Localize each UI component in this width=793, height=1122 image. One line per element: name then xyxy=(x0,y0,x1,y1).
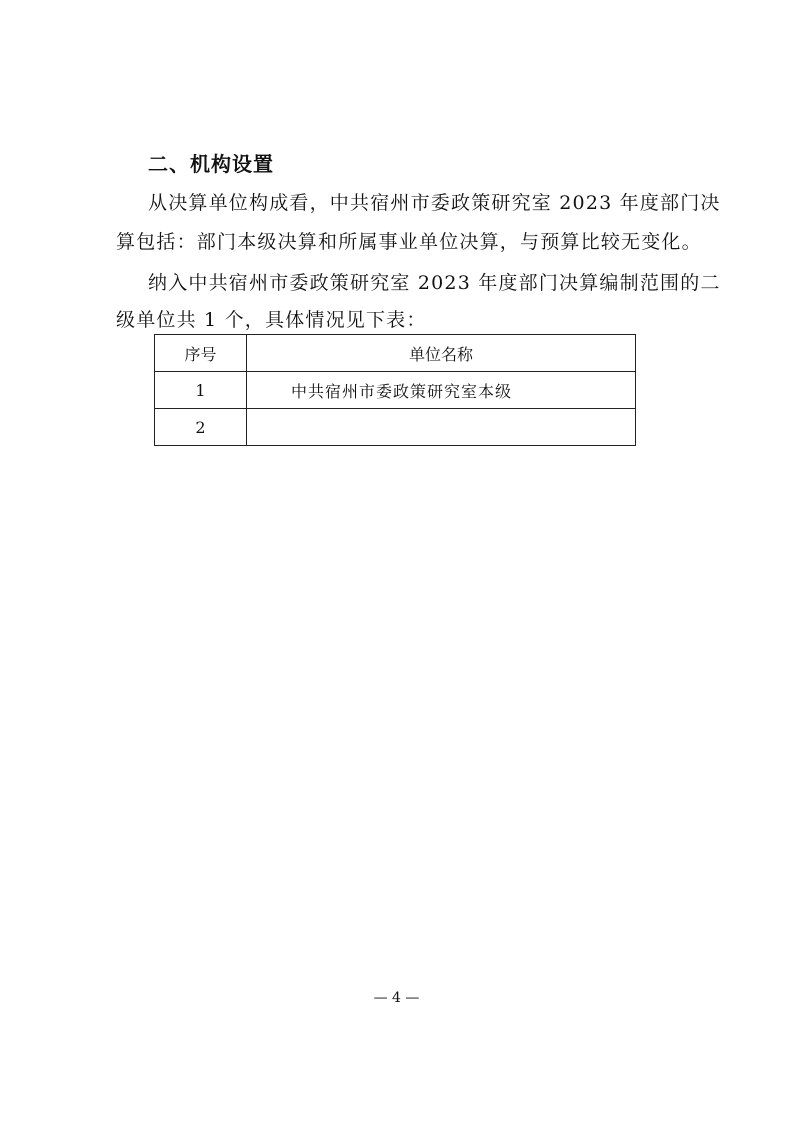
cell-unit-name xyxy=(247,409,636,446)
cell-serial-number: 1 xyxy=(155,372,247,409)
table-row: 2 xyxy=(155,409,636,446)
cell-serial-number: 2 xyxy=(155,409,247,446)
units-table: 序号 单位名称 1 中共宿州市委政策研究室本级 2 xyxy=(154,334,636,446)
header-serial-number: 序号 xyxy=(155,335,247,372)
cell-unit-name: 中共宿州市委政策研究室本级 xyxy=(247,372,636,409)
paragraph-line: 从决算单位构成看，中共宿州市委政策研究室 2023 年度部门决 xyxy=(148,188,721,215)
paragraph-line: 算包括：部门本级决算和所属事业单位决算，与预算比较无变化。 xyxy=(116,227,702,254)
table-row: 1 中共宿州市委政策研究室本级 xyxy=(155,372,636,409)
paragraph-line: 纳入中共宿州市委政策研究室 2023 年度部门决算编制范围的二 xyxy=(148,268,721,295)
header-unit-name: 单位名称 xyxy=(247,335,636,372)
table-header-row: 序号 单位名称 xyxy=(155,335,636,372)
page-number: — 4 — xyxy=(0,990,793,1006)
section-heading: 二、机构设置 xyxy=(148,148,274,177)
paragraph-line: 级单位共 1 个，具体情况见下表： xyxy=(116,305,427,332)
